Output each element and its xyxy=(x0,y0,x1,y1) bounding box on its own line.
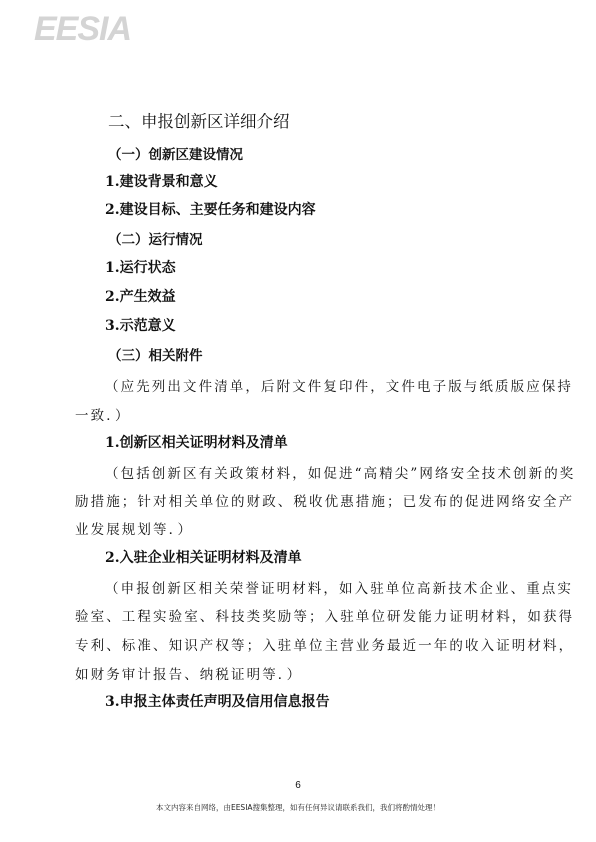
subsection-heading: （一）创新区建设情况 xyxy=(108,143,243,163)
paragraph-line: 验室、工程实验室、科技类奖励等；入驻单位研发能力证明材料，如获得 xyxy=(75,605,574,625)
subsection-heading: （三）相关附件 xyxy=(108,344,203,364)
item-heading: 1.创新区相关证明材料及清单 xyxy=(105,432,288,452)
item-heading: 3.申报主体责任声明及信用信息报告 xyxy=(105,691,330,711)
footer-disclaimer: 本文内容来自网络，由EESIA搜集整理，如有任何异议请联系我们，我们将酌情处理！ xyxy=(0,802,596,813)
item-heading: 2.建设目标、主要任务和建设内容 xyxy=(105,199,316,219)
page-number: 6 xyxy=(0,780,596,791)
item-heading: 1.运行状态 xyxy=(105,257,176,277)
item-heading: 2.入驻企业相关证明材料及清单 xyxy=(105,547,302,567)
item-heading: 2.产生效益 xyxy=(105,286,176,306)
item-heading: 3.示范意义 xyxy=(105,315,176,335)
paragraph-line: （应先列出文件清单，后附文件复印件，文件电子版与纸质版应保持 xyxy=(105,375,573,395)
paragraph-line: 一致．） xyxy=(75,404,131,424)
paragraph-line: （包括创新区有关政策材料，如促进“高精尖”网络安全技术创新的奖 xyxy=(105,462,575,482)
section-title: 二、申报创新区详细介绍 xyxy=(108,108,290,132)
subsection-heading: （二）运行情况 xyxy=(108,228,203,248)
paragraph-line: 专利、标准、知识产权等；入驻单位主营业务最近一年的收入证明材料， xyxy=(75,634,574,654)
paragraph-line: 业发展规划等．） xyxy=(75,518,193,538)
paragraph-line: 励措施；针对相关单位的财政、税收优惠措施；已发布的促进网络安全产 xyxy=(75,490,574,510)
paragraph-line: 如财务审计报告、纳税证明等．） xyxy=(75,663,302,683)
item-heading: 1.建设背景和意义 xyxy=(105,171,218,191)
eesia-logo: EESIA xyxy=(34,10,131,49)
paragraph-line: （申报创新区相关荣誉证明材料，如入驻单位高新技术企业、重点实 xyxy=(105,577,573,597)
